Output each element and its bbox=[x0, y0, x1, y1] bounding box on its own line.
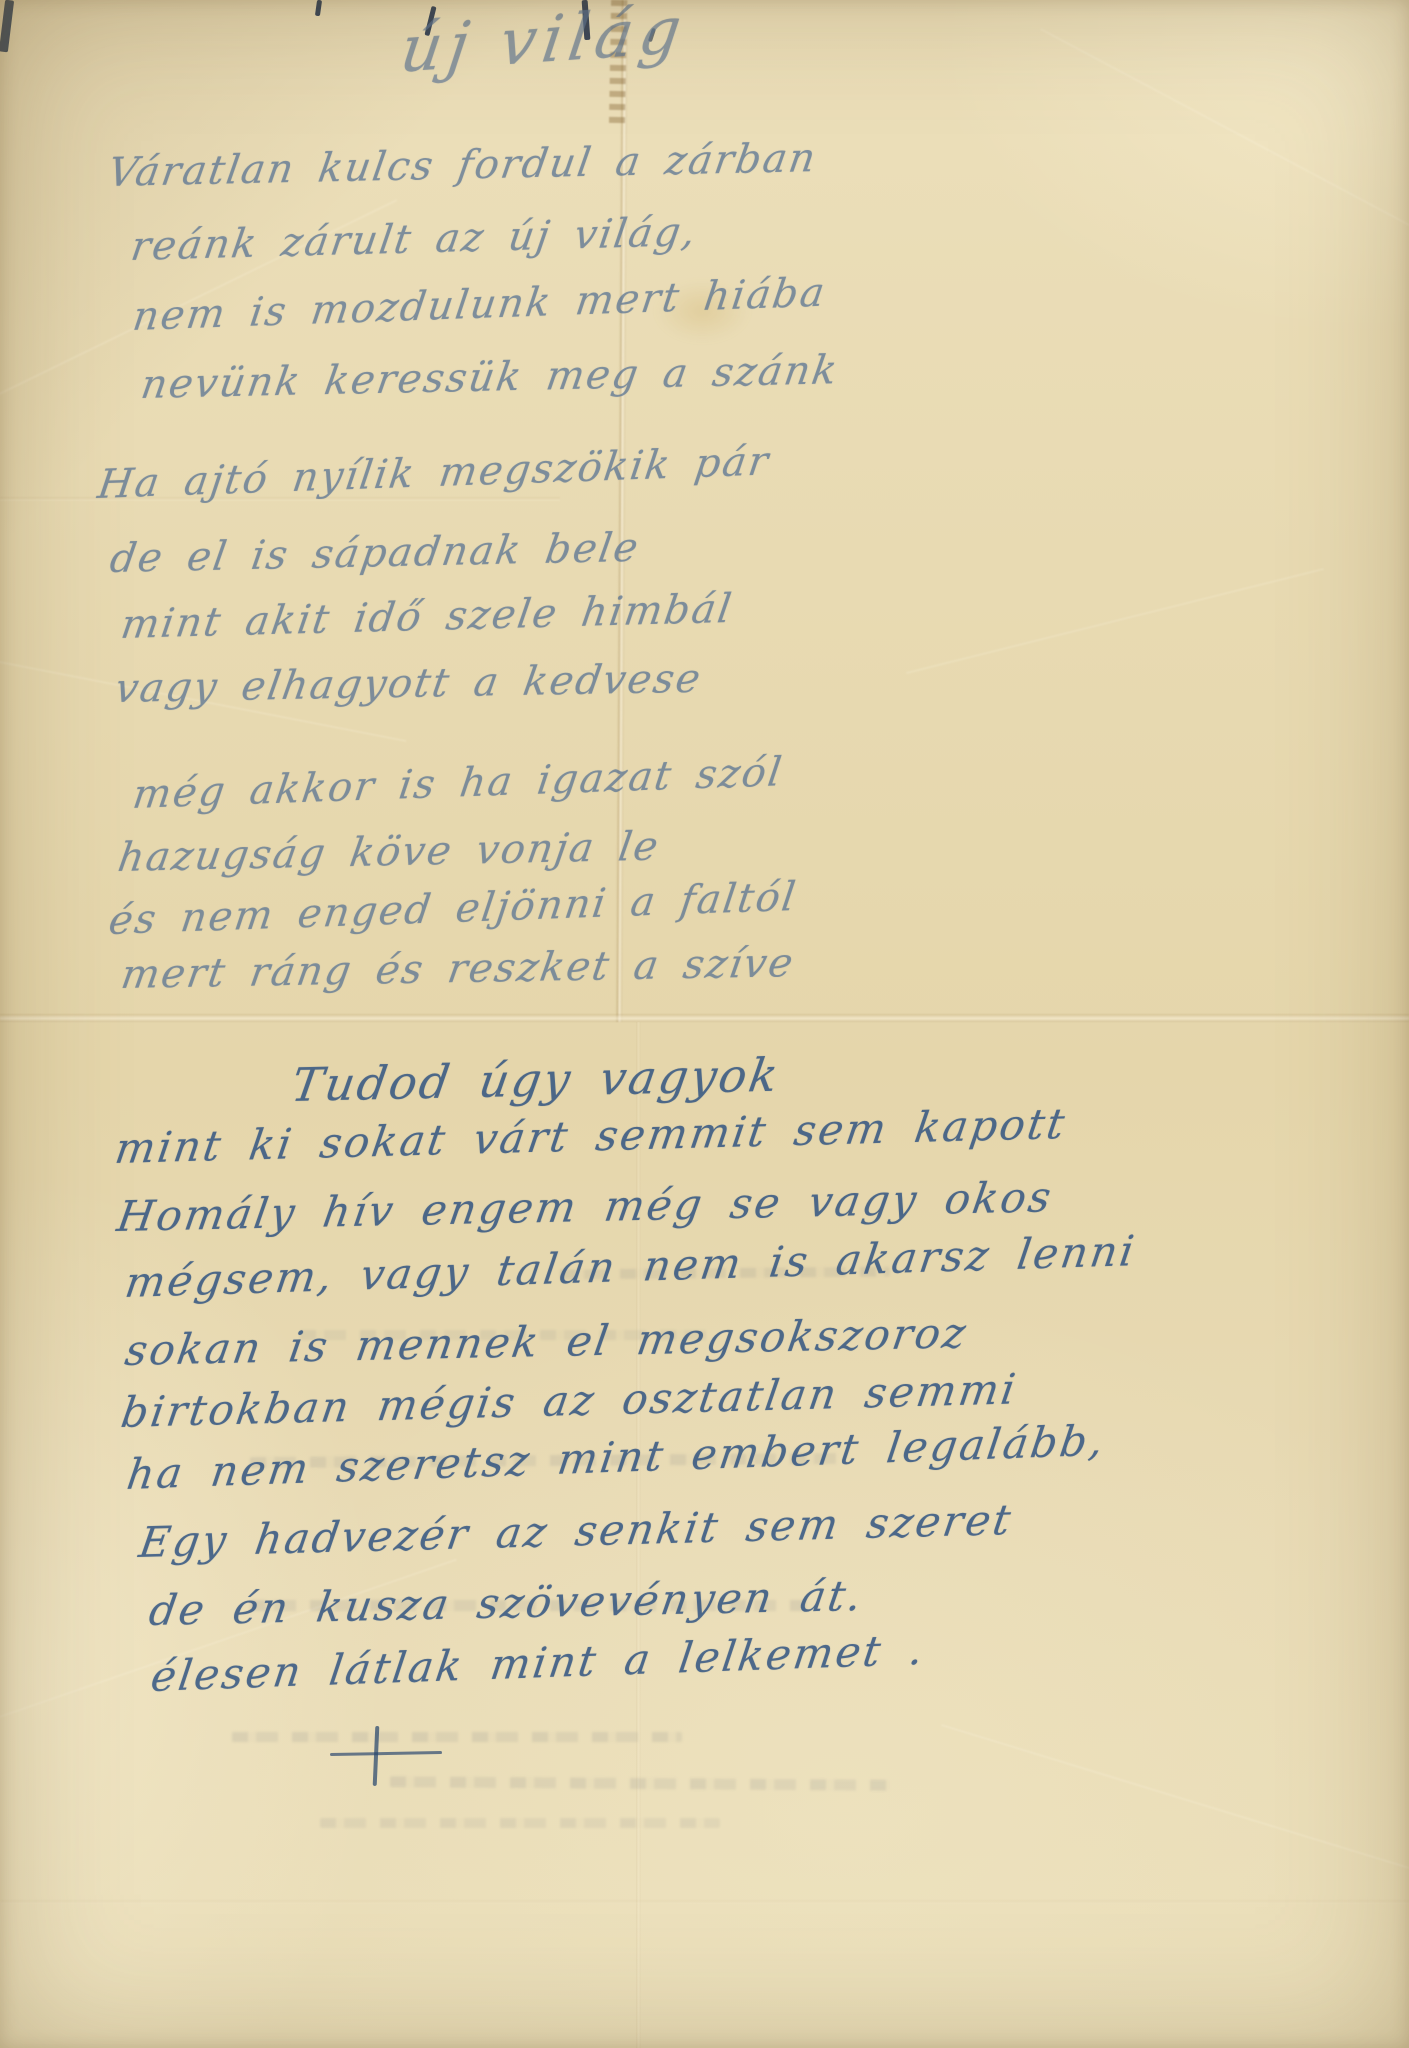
poem-line: még akkor is ha igazat szól bbox=[130, 749, 786, 818]
end-cross-mark-vertical bbox=[373, 1726, 380, 1786]
poem-line: mégsem, vagy talán nem is akarsz lenni bbox=[122, 1226, 1140, 1307]
poem-line: élesen látlak mint a lelkemet . bbox=[148, 1625, 929, 1701]
poem-line: Egy hadvezér az senkit sem szeret bbox=[136, 1495, 1016, 1567]
poem-line: de én kusza szövevényen át. bbox=[146, 1571, 867, 1635]
diagonal-crease bbox=[1040, 28, 1409, 274]
poem-line: sokan is mennek el megsokszoroz bbox=[122, 1308, 971, 1375]
poem-line: de el is sápadnak bele bbox=[107, 525, 643, 582]
poem-line: Homály hív engem még se vagy okos bbox=[114, 1172, 1057, 1241]
bleed-through-text bbox=[232, 1732, 682, 1742]
poem-line: Ha ajtó nyílik megszökik pár bbox=[95, 438, 773, 508]
poem-line: Váratlan kulcs fordul a zárban bbox=[105, 135, 820, 196]
poem-line: Tudod úgy vagyok bbox=[288, 1048, 784, 1112]
poem-line: hazugság köve vonja le bbox=[115, 824, 663, 881]
poem-line: reánk zárult az új világ, bbox=[128, 209, 700, 270]
cut-off-ink-stroke bbox=[315, 0, 322, 16]
manuscript-page: új világ Váratlan kulcs fordul a zárban … bbox=[0, 0, 1409, 2048]
poem-line: mint ki sokat várt semmit sem kapott bbox=[112, 1099, 1070, 1173]
cut-off-ink-stroke bbox=[0, 0, 14, 52]
horizontal-fold-crease-middle bbox=[0, 1014, 1409, 1022]
diagonal-crease bbox=[941, 1724, 1409, 1878]
poem-line: nem is mozdulunk mert hiába bbox=[130, 270, 829, 340]
diagonal-crease bbox=[906, 568, 1324, 674]
horizontal-crease-lower bbox=[0, 1900, 1409, 1904]
bleed-through-text bbox=[320, 1818, 720, 1828]
bleed-through-text bbox=[390, 1776, 890, 1790]
poem-line: nevünk keressük meg a szánk bbox=[138, 347, 842, 408]
end-cross-mark-horizontal bbox=[330, 1751, 442, 1756]
poem-line: mert ráng és reszket a szíve bbox=[118, 940, 798, 998]
poem-line: és nem enged eljönni a faltól bbox=[106, 874, 800, 944]
poem-line: mint akit idő szele himbál bbox=[118, 586, 736, 648]
poem-title: új világ bbox=[396, 0, 691, 88]
poem-line: vagy elhagyott a kedvese bbox=[112, 656, 705, 712]
